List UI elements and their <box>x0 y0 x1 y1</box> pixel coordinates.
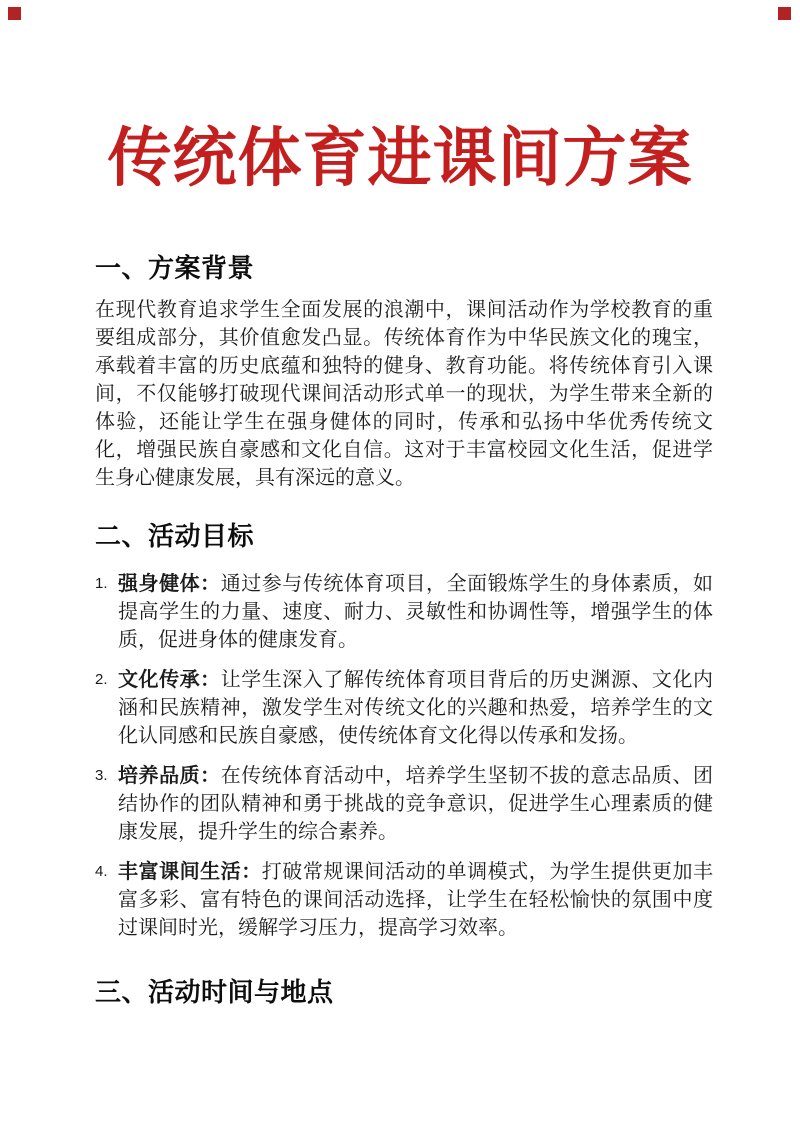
goal-item-label: 丰富课间生活： <box>118 861 262 883</box>
background-paragraph: 在现代教育追求学生全面发展的浪潮中，课间活动作为学校教育的重要组成部分，其价值愈… <box>95 296 713 492</box>
goal-item-number: 4. <box>95 862 108 882</box>
goal-list: 1.强身健体：通过参与传统体育项目，全面锻炼学生的身体素质，如提高学生的力量、速… <box>95 570 713 942</box>
goal-item-label: 培养品质： <box>118 765 221 787</box>
goal-item-cultivate-qualities: 3.培养品质：在传统体育活动中，培养学生坚韧不拔的意志品质、团结协作的团队精神和… <box>95 762 713 846</box>
document-content: 一、方案背景 在现代教育追求学生全面发展的浪潮中，课间活动作为学校教育的重要组成… <box>95 250 713 1010</box>
section-heading-goals: 二、活动目标 <box>95 518 713 554</box>
document-page: 传统体育进课间方案 一、方案背景 在现代教育追求学生全面发展的浪潮中，课间活动作… <box>0 0 800 1131</box>
goal-item-label: 强身健体： <box>118 573 221 595</box>
goal-item-label: 文化传承： <box>118 669 221 691</box>
document-title: 传统体育进课间方案 <box>0 120 800 196</box>
corner-decoration-left <box>8 7 21 20</box>
corner-decoration-right <box>778 7 791 20</box>
section-heading-time-location: 三、活动时间与地点 <box>95 974 713 1010</box>
goal-item-cultural-heritage: 2.文化传承：让学生深入了解传统体育项目背后的历史渊源、文化内涵和民族精神，激发… <box>95 666 713 750</box>
goal-item-number: 3. <box>95 766 108 786</box>
goal-item-number: 1. <box>95 574 108 594</box>
section-heading-background: 一、方案背景 <box>95 250 713 286</box>
goal-item-number: 2. <box>95 670 108 690</box>
goal-item-strengthen-body: 1.强身健体：通过参与传统体育项目，全面锻炼学生的身体素质，如提高学生的力量、速… <box>95 570 713 654</box>
goal-item-enrich-break-life: 4.丰富课间生活：打破常规课间活动的单调模式，为学生提供更加丰富多彩、富有特色的… <box>95 858 713 942</box>
